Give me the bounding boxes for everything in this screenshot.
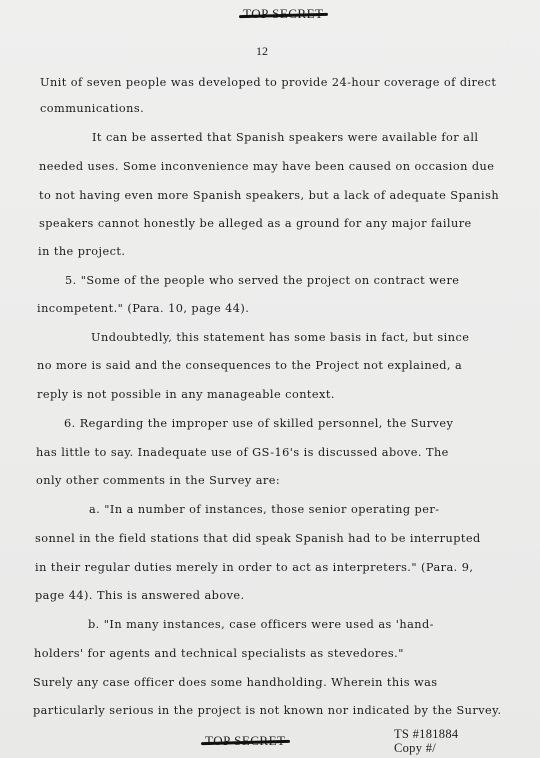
text-line: only other comments in the Survey are: [36, 474, 280, 488]
page-number: 12 [256, 44, 268, 59]
text-line: Undoubtedly, this statement has some bas… [91, 331, 469, 345]
text-line: communications. [40, 102, 144, 116]
classification-stamp-top: TOP SECRET [243, 6, 324, 22]
text-line: no more is said and the consequences to … [37, 359, 462, 373]
text-line: incompetent." (Para. 10, page 44). [37, 302, 249, 316]
text-line: particularly serious in the project is n… [33, 704, 502, 718]
text-line: reply is not possible in any manageable … [37, 388, 335, 402]
text-line: b. "In many instances, case officers wer… [88, 618, 434, 632]
text-line: page 44). This is answered above. [35, 589, 245, 603]
text-line: a. "In a number of instances, those seni… [89, 503, 440, 517]
ts-number: TS #181884 [394, 727, 458, 741]
text-line: Surely any case officer does some handho… [33, 676, 438, 690]
text-line: 5. "Some of the people who served the pr… [65, 274, 459, 288]
document-control: TS #181884 Copy #/ [394, 727, 458, 755]
text-line: 6. Regarding the improper use of skilled… [64, 417, 453, 431]
text-line: in their regular duties merely in order … [35, 561, 473, 575]
text-line: needed uses. Some inconvenience may have… [39, 160, 494, 174]
text-line: in the project. [38, 245, 125, 259]
copy-number: Copy #/ [394, 741, 458, 755]
text-line: Unit of seven people was developed to pr… [40, 76, 496, 90]
classification-stamp-bottom: TOP SECRET [205, 733, 286, 749]
text-line: to not having even more Spanish speakers… [39, 189, 499, 203]
text-line: sonnel in the field stations that did sp… [35, 532, 481, 546]
text-line: has little to say. Inadequate use of GS-… [36, 446, 449, 460]
document-page: TOP SECRET 12 Unit of seven people was d… [0, 0, 540, 758]
text-line: It can be asserted that Spanish speakers… [92, 131, 478, 145]
text-line: speakers cannot honestly be alleged as a… [39, 217, 472, 231]
text-line: holders' for agents and technical specia… [34, 647, 404, 661]
